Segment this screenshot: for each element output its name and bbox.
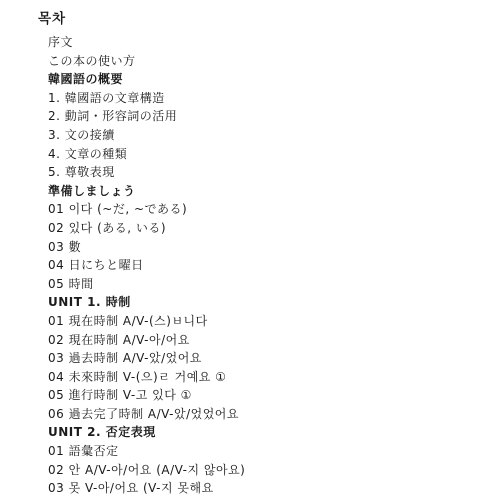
toc-item: 03 못 V-아/어요 (V-지 못해요 — [48, 479, 478, 498]
toc-item: 05 時間 — [48, 275, 478, 294]
toc-item: この本の使い方 — [48, 52, 478, 71]
toc-section-heading: UNIT 1. 時制 — [48, 293, 478, 312]
toc-item: 01 語彙否定 — [48, 442, 478, 461]
toc-item: 5. 尊敬表現 — [48, 163, 478, 182]
toc-page: 목차 序文この本の使い方韓國語の概要1. 韓國語の文章構造2. 動詞・形容詞の活… — [0, 0, 500, 500]
toc-section-heading: UNIT 2. 否定表現 — [48, 423, 478, 442]
toc-item: 04 未來時制 V-(으)ㄹ 거예요 ① — [48, 368, 478, 387]
toc-item: 05 進行時制 V-고 있다 ① — [48, 386, 478, 405]
toc-item: 03 過去時制 A/V-았/었어요 — [48, 349, 478, 368]
toc-section-heading: 韓國語の概要 — [48, 70, 478, 89]
toc-item: 03 數 — [48, 238, 478, 257]
toc-item: 02 안 A/V-아/어요 (A/V-지 않아요) — [48, 461, 478, 480]
toc-item: 02 現在時制 A/V-아/어요 — [48, 331, 478, 350]
toc-item: 2. 動詞・形容詞の活用 — [48, 107, 478, 126]
toc-item: 序文 — [48, 33, 478, 52]
toc-item: 04 日にちと曜日 — [48, 256, 478, 275]
toc-list: 序文この本の使い方韓國語の概要1. 韓國語の文章構造2. 動詞・形容詞の活用3.… — [48, 33, 478, 498]
toc-item: 3. 文の接續 — [48, 126, 478, 145]
toc-item: 06 過去完了時制 A/V-았/었었어요 — [48, 405, 478, 424]
page-title: 목차 — [38, 7, 66, 27]
toc-section-heading: 準備しましょう — [48, 182, 478, 201]
toc-item: 02 있다 (ある, いる) — [48, 219, 478, 238]
toc-item: 4. 文章の種類 — [48, 145, 478, 164]
toc-item: 01 이다 (~だ, ~である) — [48, 200, 478, 219]
toc-item: 01 現在時制 A/V-(스)ㅂ니다 — [48, 312, 478, 331]
toc-item: 1. 韓國語の文章構造 — [48, 89, 478, 108]
